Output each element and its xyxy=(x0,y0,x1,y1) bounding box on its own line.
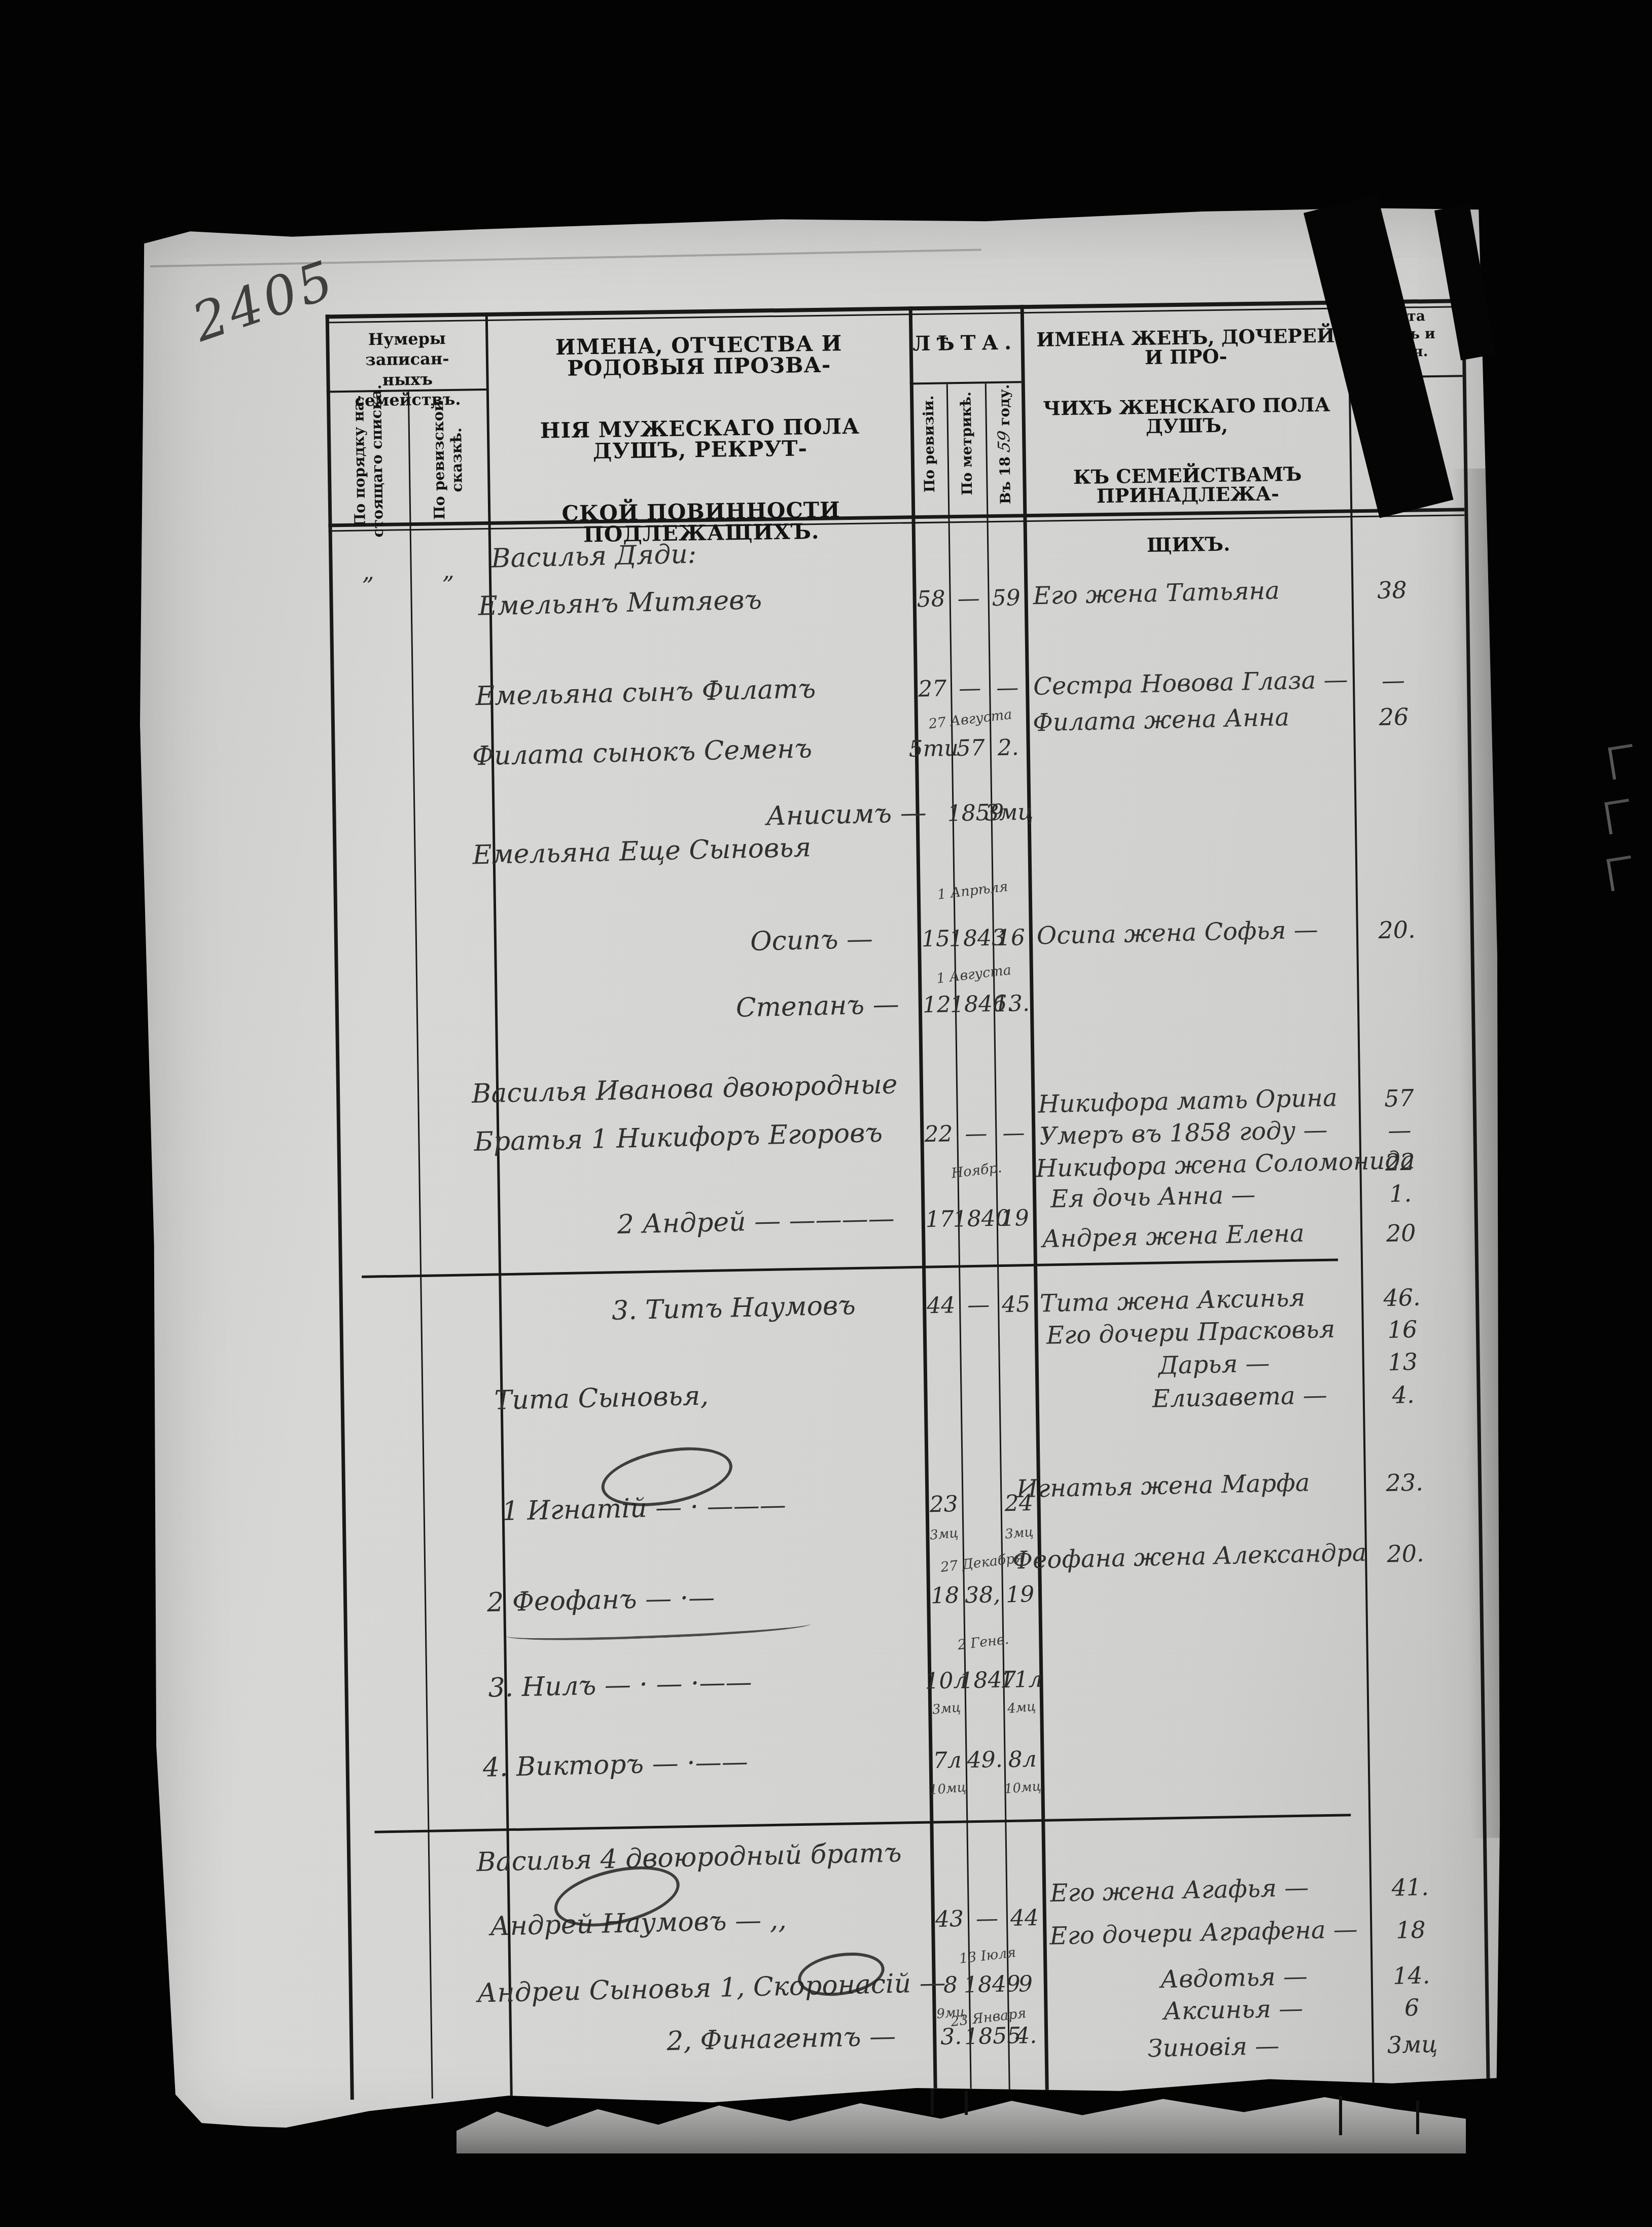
female-age-value: 13 xyxy=(1369,1348,1436,1376)
col-header-by-metric: По метрикѣ. xyxy=(957,377,976,509)
entry-family-label: Василья Иванова двоюродные xyxy=(472,1069,898,1109)
entry-female-name: Ея дочь Анна — xyxy=(1050,1180,1256,1213)
entry-male-name: 2, Финагентъ — xyxy=(666,2021,896,2057)
entry-male-name: Емельяна сынъ Филатъ xyxy=(475,674,816,712)
entry-male-name: Емельянъ Митяевъ xyxy=(478,585,762,622)
female-age-value: 4. xyxy=(1370,1381,1436,1409)
age-current-year: 11л xyxy=(997,1666,1046,1693)
entry-family-label: Емельяна Еще Сыновья xyxy=(472,832,812,870)
entry-male-name: Братья 1 Никифоръ Егоровъ xyxy=(474,1118,883,1157)
film-edge-mark xyxy=(1608,744,1637,780)
female-age-value: 20. xyxy=(1363,915,1430,944)
entry-male-name: Анисимъ — xyxy=(766,798,927,832)
female-age-value: 18 xyxy=(1378,1916,1444,1945)
table-line-remnant xyxy=(1416,2101,1419,2134)
age-current-year: 4. xyxy=(1002,2022,1051,2049)
entry-female-name: Аксинья — xyxy=(1163,1994,1304,2026)
female-age-value: 14. xyxy=(1378,1961,1445,1990)
entry-male-name: 2 Андрей — ———— xyxy=(617,1204,895,1240)
age-current-year: 45 xyxy=(992,1291,1041,1318)
table-line-remnant xyxy=(965,2091,968,2115)
female-age-value: 22 xyxy=(1367,1148,1433,1177)
entry-family-label: Тита Сыновья, xyxy=(494,1381,709,1416)
table-line-remnant xyxy=(931,2089,934,2115)
ages-header: ЛѢТА. xyxy=(909,330,1021,356)
document-page: 2405 Нумеры записан- ныхъ семействъ. По … xyxy=(129,204,1515,2150)
entry-female-name: Сестра Новова Глаза — xyxy=(1033,665,1348,701)
metric-date-note: 27 Августа xyxy=(910,704,1030,734)
metric-date-note: Ноябр. xyxy=(917,1156,1036,1185)
entry-male-name: Осипъ — xyxy=(750,924,873,957)
age-current-year: 8л xyxy=(998,1746,1047,1773)
entry-female-name: Андрея жена Елена xyxy=(1042,1219,1305,1254)
entry-male-name: 4. Викторъ — ·—— xyxy=(482,1747,748,1783)
age-current-year: 16 xyxy=(986,925,1035,951)
entry-male-name: 2 Феофанъ — ·— xyxy=(487,1582,715,1618)
entry-female-name: Никифора мать Орина xyxy=(1038,1083,1338,1118)
entry-female-name: Его дочери Прасковья xyxy=(1046,1315,1335,1350)
age-current-year: 2. xyxy=(983,734,1033,761)
entry-female-name: Елизавета — xyxy=(1152,1381,1327,1413)
entry-female-name: Осипа жена Софья — xyxy=(1036,915,1318,950)
entry-female-name: Феофана жена Александра xyxy=(1012,1538,1367,1575)
handwritten-year: 59 xyxy=(994,429,1014,454)
entry-male-name: 3. Титъ Наумовъ xyxy=(612,1290,856,1326)
entry-male-name: Филата сынокъ Семенъ xyxy=(472,733,812,771)
family-separator xyxy=(374,1814,1351,1833)
female-age-value: 6 xyxy=(1379,1993,1445,2022)
age-current-year: — xyxy=(983,675,1032,701)
entry-male-name: 3. Нилъ — · — ·—— xyxy=(488,1667,752,1704)
female-age-value: 41. xyxy=(1377,1873,1444,1902)
entry-female-name: Дарья — xyxy=(1158,1349,1270,1380)
female-age-value: 1. xyxy=(1367,1179,1434,1208)
entry-female-name: Филата жена Анна xyxy=(1032,703,1289,737)
age-current-year: 9 xyxy=(1001,1970,1050,1997)
scanned-revision-list: 2405 Нумеры записан- ныхъ семействъ. По … xyxy=(0,0,1652,2227)
entry-male-name: Степанъ — xyxy=(735,989,899,1023)
female-age-value: 20. xyxy=(1372,1539,1438,1568)
metric-date-note: 1 Августа xyxy=(914,960,1034,989)
entry-female-name: Авдотья — xyxy=(1160,1962,1308,1994)
backing-strip xyxy=(456,2094,1466,2153)
col-header-in-year: Въ 18 59 году. xyxy=(994,378,1015,511)
entry-female-name: Игнатья жена Марфа xyxy=(1016,1468,1310,1503)
male-names-header: ИМЕНА, ОТЧЕСТВА И РОДОВЫЯ ПРОЗВА- НІЯ МУ… xyxy=(490,332,909,546)
entry-family-label: Василья Дяди: xyxy=(491,539,697,574)
film-edge-mark xyxy=(1606,856,1635,892)
entry-female-name: Никифора жена Соломонида xyxy=(1036,1146,1415,1183)
ditto-mark: „ xyxy=(362,557,374,585)
age-by-revision: 23 xyxy=(919,1491,968,1518)
metric-date-note: 1 Апрѣля xyxy=(913,876,1033,905)
female-age-value: 26 xyxy=(1360,702,1427,731)
entry-female-name: Его жена Агафья — xyxy=(1050,1873,1309,1908)
female-age-value: 3мц xyxy=(1379,2030,1446,2059)
age-current-year: 59 xyxy=(981,585,1031,612)
entry-female-name: Тита жена Аксинья xyxy=(1039,1284,1305,1318)
col-header-current-list: По порядку на-стоящаго списка. xyxy=(349,380,387,543)
ditto-mark: „ xyxy=(442,556,454,584)
female-names-header: ИМЕНА ЖЕНЪ, ДОЧЕРЕЙ И ПРО- ЧИХЪ ЖЕНСКАГО… xyxy=(1031,326,1343,556)
age-current-year: 13. xyxy=(987,991,1036,1017)
pencil-line xyxy=(150,249,981,267)
age-current-year: 44 xyxy=(1000,1904,1049,1931)
entry-female-name: Зиновія — xyxy=(1147,2032,1280,2063)
film-edge-mark xyxy=(1604,799,1633,835)
female-age-value: 38 xyxy=(1359,576,1425,605)
female-age-value: 20 xyxy=(1368,1219,1434,1248)
table-line-remnant xyxy=(1339,2096,1342,2135)
female-age-value: 57 xyxy=(1366,1084,1432,1113)
female-age-value: 46. xyxy=(1368,1283,1435,1312)
entry-female-name: Его дочери Аграфена — xyxy=(1049,1915,1358,1951)
handwritten-entries: „„Василья Дяди:Емельянъ Митяевъ58—59Его … xyxy=(129,204,1488,223)
ink-underline xyxy=(506,1616,811,1644)
female-age-value: — xyxy=(1360,666,1426,695)
female-age-value: — xyxy=(1366,1116,1433,1145)
female-age-value: 16 xyxy=(1369,1315,1435,1344)
female-age-value: 23. xyxy=(1371,1468,1437,1497)
age-current-year: 3мц xyxy=(985,799,1034,826)
age-current-year: 19 xyxy=(996,1581,1045,1608)
family-separator xyxy=(362,1258,1338,1278)
col-header-by-revision: По ревизіи. xyxy=(920,378,938,510)
entry-female-name: Его жена Татьяна xyxy=(1033,576,1280,610)
entry-female-name: Умеръ въ 1858 году — xyxy=(1039,1116,1328,1151)
age-current-year: 19 xyxy=(990,1205,1039,1232)
metric-date-note: 2 Генв. xyxy=(923,1628,1043,1657)
col-header-revision-tale: По ревизской сказкѣ. xyxy=(429,378,467,541)
age-current-year: — xyxy=(989,1120,1038,1147)
entry-family-label: Василья 4 двоюродный братъ xyxy=(476,1837,902,1878)
metric-date-note: 13 Іюля xyxy=(928,1941,1047,1970)
